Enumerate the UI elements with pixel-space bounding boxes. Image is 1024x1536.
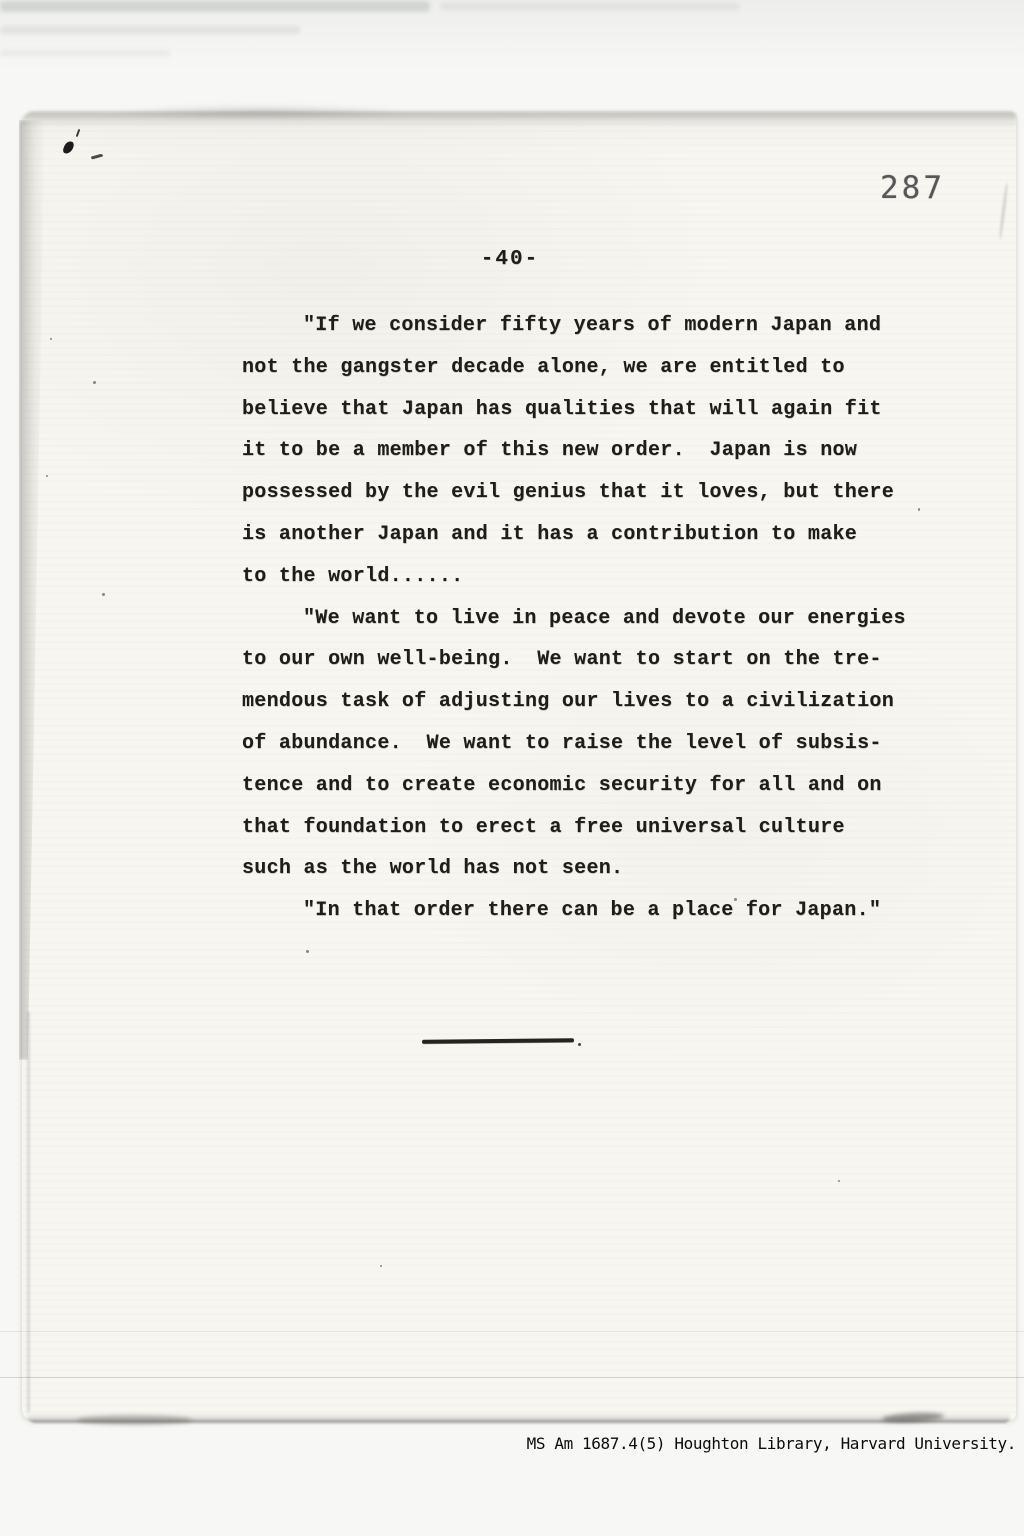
text-line: that foundation to erect a free universa… — [242, 807, 942, 849]
ink-mark — [91, 153, 103, 159]
typed-text-block: "If we consider fifty years of modern Ja… — [242, 305, 942, 932]
text-line: such as the world has not seen. — [242, 848, 942, 890]
paper-left-edge-shadow — [27, 1012, 30, 1412]
dust-speck — [306, 950, 309, 953]
archive-caption: MS Am 1687.4(5) Houghton Library, Harvar… — [527, 1434, 1016, 1453]
dust-speck — [93, 381, 96, 384]
text-line: tence and to create economic security fo… — [242, 765, 942, 807]
paper-crease — [998, 182, 1008, 240]
scan-line — [0, 1377, 1024, 1378]
text-line: to the world...... — [242, 556, 942, 598]
scanned-document-page: 287 -40- "If we consider fifty years of … — [0, 0, 1024, 1536]
period-mark — [578, 1043, 581, 1046]
paper-edge-smudge — [77, 1415, 192, 1425]
paper-top-edge-shadow — [22, 112, 1016, 128]
paper-sheet: 287 -40- "If we consider fifty years of … — [22, 112, 1016, 1420]
dust-speck — [838, 1180, 840, 1182]
page-number: 287 — [880, 170, 945, 206]
text-line: possessed by the evil genius that it lov… — [242, 472, 942, 514]
text-line: of abundance. We want to raise the level… — [242, 723, 942, 765]
ink-mark — [76, 129, 81, 137]
ink-blot — [62, 140, 75, 155]
text-line: is another Japan and it has a contributi… — [242, 514, 942, 556]
scan-artifact-streak — [0, 1, 430, 12]
scan-line — [0, 1331, 1024, 1332]
text-line: not the gangster decade alone, we are en… — [242, 347, 942, 389]
text-line: it to be a member of this new order. Jap… — [242, 430, 942, 472]
text-line: mendous task of adjusting our lives to a… — [242, 681, 942, 723]
text-line: to our own well-being. We want to start … — [242, 639, 942, 681]
scan-artifact-streak — [440, 3, 740, 10]
scan-artifact-streak — [0, 50, 170, 56]
paper-left-edge-shadow — [19, 120, 45, 1060]
text-line: believe that Japan has qualities that wi… — [242, 389, 942, 431]
text-line: "If we consider fifty years of modern Ja… — [242, 305, 942, 347]
section-number-heading: -40- — [422, 248, 598, 271]
dust-speck — [46, 475, 48, 477]
text-line: "We want to live in peace and devote our… — [242, 598, 942, 640]
dust-speck — [380, 1265, 382, 1267]
scan-artifact-streak — [0, 26, 300, 34]
dust-speck — [50, 338, 52, 340]
typed-separator-line — [422, 1038, 574, 1043]
text-line: "In that order there can be a place for … — [242, 890, 942, 932]
dust-speck — [102, 593, 105, 596]
